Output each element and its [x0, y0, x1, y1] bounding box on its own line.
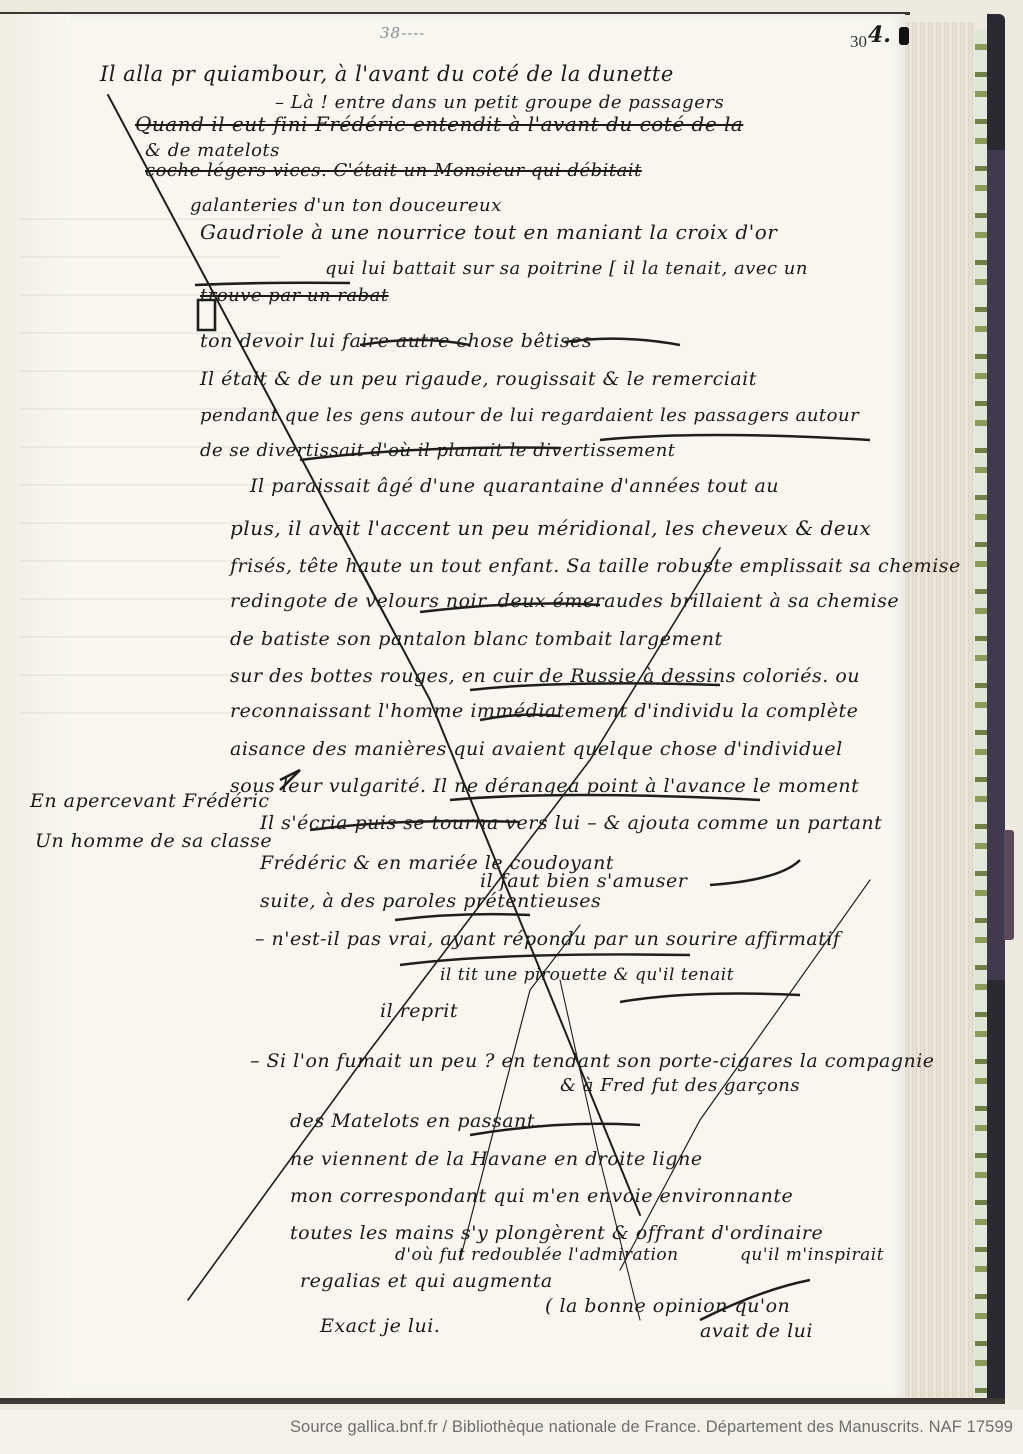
handwritten-line: regalias et qui augmenta	[300, 1270, 553, 1292]
ink-folio-text: 4.	[868, 22, 899, 48]
handwritten-line: aisance des manières qui avaient quelque…	[230, 738, 843, 760]
handwritten-line: trouve par un rabat	[200, 285, 389, 306]
handwritten-line: frisés, tête haute un tout enfant. Sa ta…	[230, 555, 961, 577]
page-block-edges	[905, 22, 975, 1398]
handwritten-line: d'où fut redoublée l'admiration	[395, 1245, 679, 1265]
handwritten-line: Gaudriole à une nourrice tout en maniant…	[200, 220, 777, 244]
handwritten-line: il tit une pirouette & qu'il tenait	[440, 965, 734, 985]
pencil-folio-number: 38----	[380, 24, 425, 42]
handwritten-line: il reprit	[380, 1000, 458, 1022]
handwritten-line: suite, à des paroles prétentieuses	[260, 890, 601, 912]
bottom-book-edge	[0, 1398, 1005, 1404]
handwritten-line: Exact je lui.	[320, 1315, 440, 1337]
bookmark-ribbon	[1004, 830, 1014, 940]
handwritten-line: sur des bottes rouges, en cuir de Russie…	[230, 665, 860, 687]
handwritten-line: – Si l'on fumait un peu ? en tendant son…	[250, 1050, 935, 1072]
handwritten-line: plus, il avait l'accent un peu méridiona…	[230, 516, 871, 540]
ink-blot-icon	[899, 27, 909, 45]
handwritten-line: mon correspondant qui m'en envoie enviro…	[290, 1185, 793, 1207]
handwritten-line: ton devoir lui faire autre chose bêtises	[200, 330, 592, 352]
handwritten-line: Il paraissait âgé d'une quarantaine d'an…	[250, 475, 779, 497]
handwritten-line: & de matelots	[145, 140, 280, 161]
handwritten-line: de batiste son pantalon blanc tombait la…	[230, 628, 723, 650]
ink-folio-number: 4.	[868, 22, 909, 48]
handwritten-line: – n'est-il pas vrai, ayant répondu par u…	[255, 928, 840, 950]
handwritten-line: & à Fred fut des garçons	[560, 1075, 800, 1096]
handwritten-line: de se divertissait d'où il planait le di…	[200, 440, 676, 461]
stamped-folio-number: 30	[850, 32, 867, 52]
marbled-endpaper	[975, 30, 987, 1396]
handwritten-line: coche légers vices. C'était un Monsieur …	[145, 160, 642, 181]
handwritten-line: reconnaissant l'homme immédiatement d'in…	[230, 700, 858, 722]
margin-note: Un homme de sa classe	[35, 830, 272, 852]
handwritten-line: qu'il m'inspirait	[740, 1245, 884, 1265]
handwritten-line: il faut bien s'amuser	[480, 870, 687, 892]
handwritten-line: qui lui battait sur sa poitrine [ il la …	[325, 258, 808, 279]
handwritten-line: galanteries d'un ton douceureux	[190, 195, 502, 216]
handwritten-line: Quand il eut fini Frédéric entendit à l'…	[135, 112, 743, 136]
source-caption: Source gallica.bnf.fr / Bibliothèque nat…	[0, 1418, 1013, 1437]
handwritten-line: pendant que les gens autour de lui regar…	[200, 405, 859, 426]
handwritten-line: ne viennent de la Havane en droite ligne	[290, 1148, 703, 1170]
handwritten-line: avait de lui	[700, 1320, 813, 1342]
handwritten-line: sous leur vulgarité. Il ne dérangea poin…	[230, 775, 859, 797]
handwritten-line: ( la bonne opinion qu'on	[545, 1295, 790, 1317]
handwritten-line: Il s'écria puis se tourna vers lui – & a…	[260, 812, 882, 834]
handwritten-line: redingote de velours noir. deux émeraude…	[230, 590, 899, 612]
handwritten-line: toutes les mains s'y plongèrent & offran…	[290, 1222, 823, 1244]
handwritten-line: Il était & de un peu rigaude, rougissait…	[200, 368, 757, 390]
handwritten-line: Il alla pr quiambour, à l'avant du coté …	[100, 62, 674, 86]
handwritten-line: des Matelots en passant.	[290, 1110, 542, 1132]
book-cover-spine-highlight	[987, 150, 1005, 980]
margin-note: En apercevant Frédéric	[30, 790, 270, 812]
handwritten-line: – Là ! entre dans un petit groupe de pas…	[275, 92, 724, 113]
